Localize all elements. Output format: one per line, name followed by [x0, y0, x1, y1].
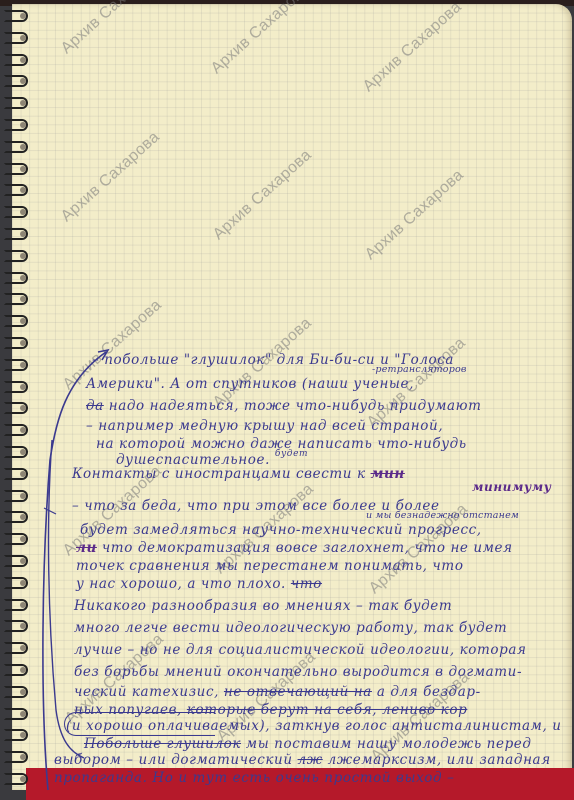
punch-hole: [20, 711, 26, 717]
handwritten-line: пропаганда. Но и тут есть очень простой …: [54, 770, 454, 786]
handwritten-line: без борьбы мнений окончательно выродится…: [74, 664, 522, 680]
line-continuation: лжемарксизм, или западная: [328, 752, 551, 768]
interlinear-word: будет: [275, 449, 308, 459]
handwritten-line: лучше – но не для социалистической идеол…: [74, 642, 527, 658]
handwritten-line: – например медную крышу над всей страной…: [86, 418, 443, 434]
line-text: мы поставим нашу молодежь перед: [246, 736, 532, 752]
handwritten-line: Америки". А от спутников (наши ученые,: [86, 376, 414, 392]
struck-text: не отвечающий на: [224, 684, 372, 700]
struck-text: Побольше глушилок: [84, 736, 241, 752]
handwritten-line: у нас хорошо, а что плохо. что: [76, 576, 322, 592]
punch-hole: [20, 166, 26, 172]
handwritten-line: Никакого разнообразия во мнениях – так б…: [74, 598, 452, 614]
punch-hole: [20, 275, 26, 281]
punch-hole: [20, 35, 26, 41]
line-text: ческий катехизис,: [74, 684, 219, 700]
punch-hole: [20, 493, 26, 499]
struck-text: лж: [298, 752, 323, 768]
struck-text: мин: [371, 466, 405, 482]
handwritten-insertion: и мы безнадежно отстанем: [366, 510, 519, 521]
line-text: выбором – или догматический: [54, 752, 293, 768]
punch-hole: [20, 384, 26, 390]
handwritten-line: Контакты с иностранцами свести к мин: [72, 466, 405, 482]
punch-hole: [20, 253, 26, 259]
handwritten-insertion: -ретрансляторов: [372, 364, 467, 375]
punch-hole: [20, 122, 26, 128]
line-text: ных попугаев,: [74, 702, 182, 718]
handwritten-line: ческий катехизис, не отвечающий на а для…: [74, 684, 481, 700]
handwritten-line: выбором – или догматический лж лжемаркси…: [54, 752, 551, 768]
struck-text: да: [86, 398, 104, 414]
handwritten-line: точек сравнения мы перестанем понимать, …: [76, 558, 464, 574]
punch-hole: [20, 144, 26, 150]
line-text: что демократизация вовсе заглохнет, что …: [102, 540, 513, 556]
punch-hole: [20, 57, 26, 63]
handwritten-line: Побольше глушилок мы поставим нашу молод…: [84, 736, 532, 752]
punch-hole: [20, 340, 26, 346]
punch-hole: [20, 471, 26, 477]
punch-hole: [20, 602, 26, 608]
punch-hole: [20, 558, 26, 564]
handwritten-insertion: минимуму: [472, 480, 552, 494]
line-text: Контакты с иностранцами свести к: [72, 466, 366, 482]
line-text: у нас хорошо, а что плохо.: [76, 576, 286, 592]
line-text: надо надеяться, тоже что-нибудь придумаю…: [109, 398, 482, 414]
punch-hole: [20, 13, 26, 19]
struck-text: что: [291, 576, 322, 592]
punch-hole: [20, 776, 26, 782]
spiral-binding: [0, 0, 30, 800]
punch-hole: [20, 667, 26, 673]
punch-hole: [20, 689, 26, 695]
punch-hole: [20, 231, 26, 237]
punch-hole: [20, 449, 26, 455]
punch-hole: [20, 580, 26, 586]
handwritten-line: будет замедляться научно-технический про…: [80, 522, 482, 538]
handwritten-line: ли что демократизация вовсе заглохнет, ч…: [76, 540, 513, 556]
handwritten-line: много легче вести идеологическую работу,…: [74, 620, 507, 636]
handwritten-line: ных попугаев, которые берут на себя, лен…: [74, 702, 467, 718]
handwritten-line: да надо надеяться, тоже что-нибудь приду…: [86, 398, 482, 414]
handwritten-line: (и хорошо оплачиваемых), заткнув голос а…: [66, 718, 562, 734]
line-continuation: а для бездар-: [377, 684, 481, 700]
struck-text: которые берут на себя, лениво кор: [187, 702, 467, 718]
struck-text: ли: [76, 540, 97, 556]
punch-hole: [20, 362, 26, 368]
